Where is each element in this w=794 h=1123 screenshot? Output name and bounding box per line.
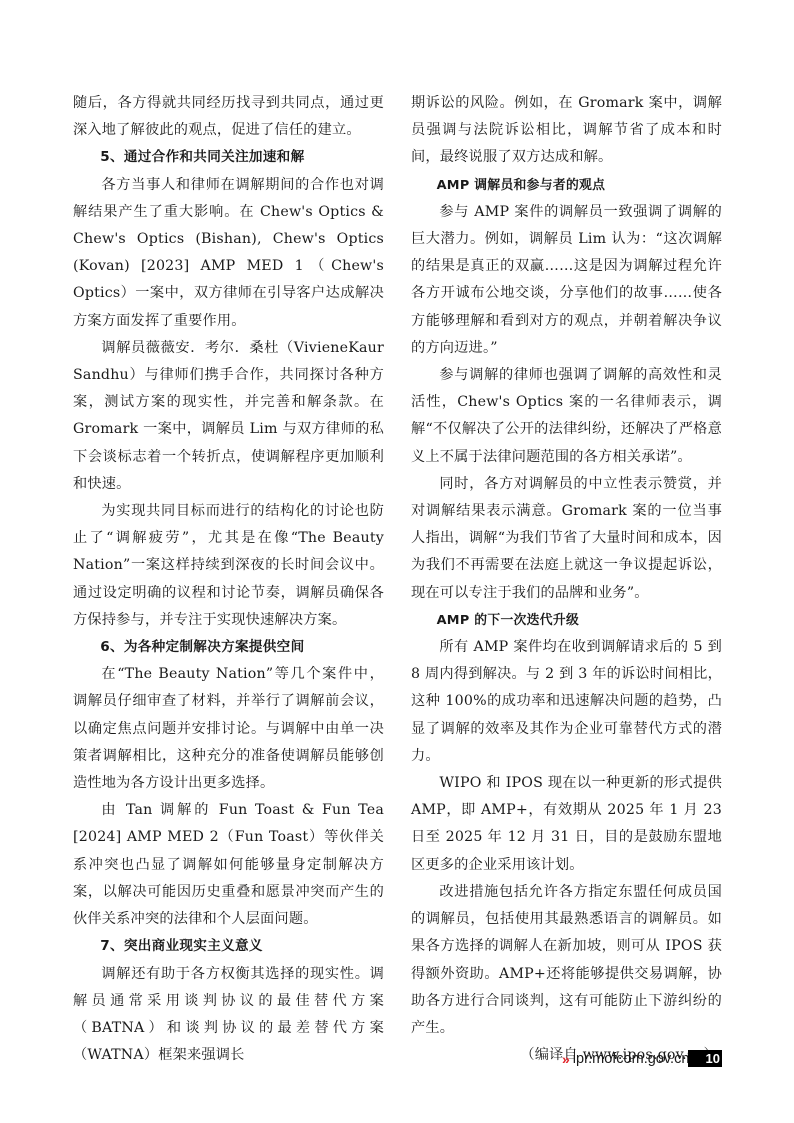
section-heading-mediator-views: AMP 调解员和参与者的观点 <box>411 172 722 199</box>
paragraph: WIPO 和 IPOS 现在以一种更新的形式提供 AMP，即 AMP+，有效期从… <box>411 770 722 879</box>
paragraph: 各方当事人和律师在调解期间的合作也对调解结果产生了重大影响。在 Chew's O… <box>73 172 384 335</box>
paragraph-continuation: 随后，各方得就共同经历找寻到共同点，通过更深入地了解彼此的观点，促进了信任的建立… <box>73 90 384 144</box>
paragraph: 在“The Beauty Nation”等几个案件中，调解员仔细审查了材料，并举… <box>73 661 384 797</box>
paragraph: 由 Tan 调解的 Fun Toast & Fun Tea [2024] AMP… <box>73 797 384 933</box>
page-number: 10 <box>688 1050 722 1067</box>
paragraph: 所有 AMP 案件均在收到调解请求后的 5 到 8 周内得到解决。与 2 到 3… <box>411 634 722 770</box>
left-column: 随后，各方得就共同经历找寻到共同点，通过更深入地了解彼此的观点，促进了信任的建立… <box>73 90 384 1069</box>
document-page: 随后，各方得就共同经历找寻到共同点，通过更深入地了解彼此的观点，促进了信任的建立… <box>0 0 794 1123</box>
section-heading-5: 5、通过合作和共同关注加速和解 <box>73 144 384 171</box>
section-heading-next-iteration: AMP 的下一次迭代升级 <box>411 607 722 634</box>
paragraph: 为实现共同目标而进行的结构化的讨论也防止了“调解疲劳”，尤其是在像“The Be… <box>73 498 384 634</box>
paragraph: 参与调解的律师也强调了调解的高效性和灵活性，Chew's Optics 案的一名… <box>411 362 722 471</box>
paragraph: 参与 AMP 案件的调解员一致强调了调解的巨大潜力。例如，调解员 Lim 认为：… <box>411 199 722 362</box>
page-footer: » ipr.mofcom.gov.cn <box>562 1049 689 1069</box>
paragraph: 调解还有助于各方权衡其选择的现实性。调解员通常采用谈判协议的最佳替代方案（BAT… <box>73 961 384 1070</box>
paragraph: 同时，各方对调解员的中立性表示赞赏，并对调解结果表示满意。Gromark 案的一… <box>411 471 722 607</box>
paragraph-continuation: 期诉讼的风险。例如，在 Gromark 案中，调解员强调与法院诉讼相比，调解节省… <box>411 90 722 172</box>
paragraph: 调解员薇薇安．考尔．桑杜（VivieneKaur Sandhu）与律师们携手合作… <box>73 335 384 498</box>
section-heading-6: 6、为各种定制解决方案提供空间 <box>73 634 384 661</box>
paragraph: 改进措施包括允许各方指定东盟任何成员国的调解员，包括使用其最熟悉语言的调解员。如… <box>411 879 722 1042</box>
footer-website-link[interactable]: ipr.mofcom.gov.cn <box>573 1049 690 1069</box>
right-column: 期诉讼的风险。例如，在 Gromark 案中，调解员强调与法院诉讼相比，调解节省… <box>411 90 722 1069</box>
section-heading-7: 7、突出商业现实主义意义 <box>73 933 384 960</box>
double-chevron-right-icon: » <box>562 1049 567 1069</box>
